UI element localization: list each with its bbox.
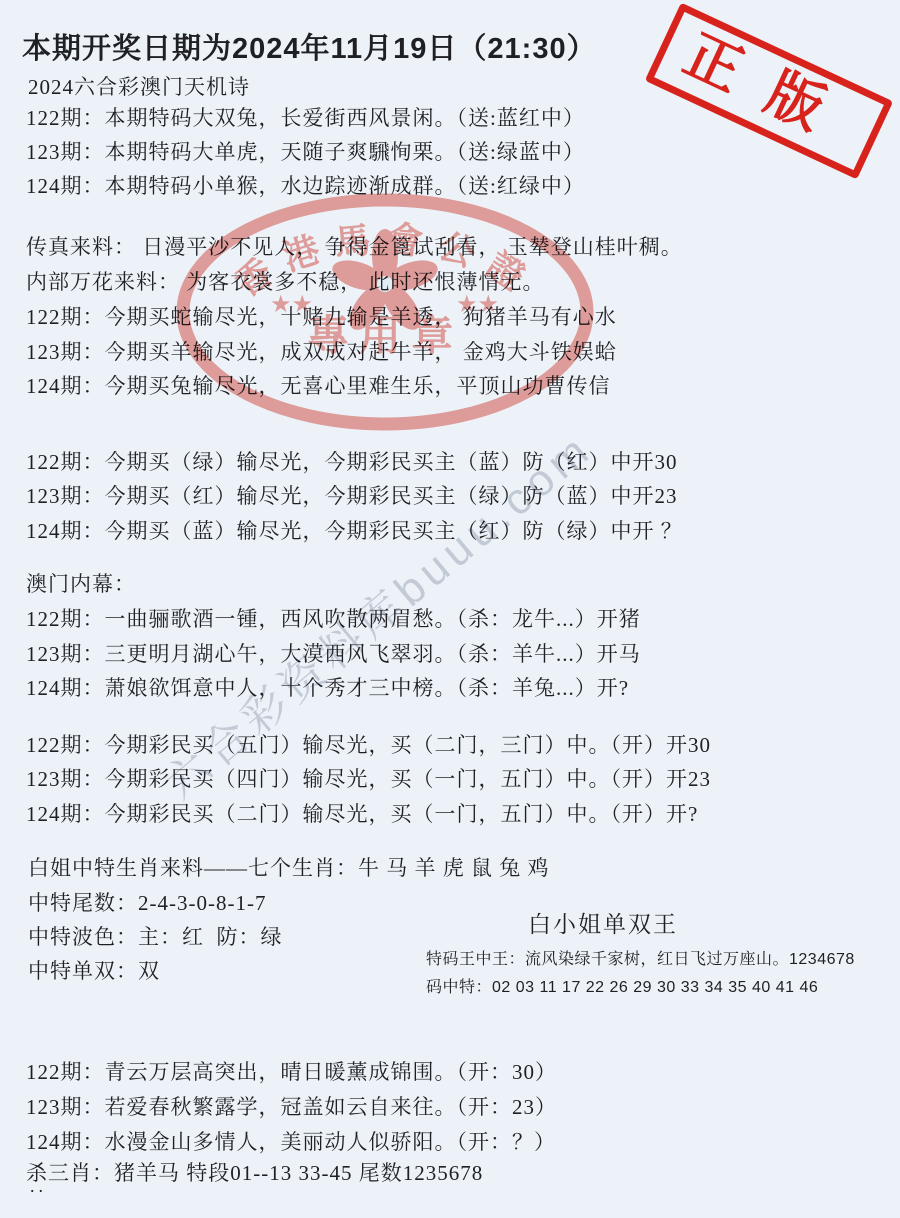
color-line: 122期：今期买（绿）输尽光，今期彩民买主（蓝）防（红）中开30 xyxy=(26,446,678,476)
poem-line: 123期：本期特码大单虎，天随子爽騛恂栗。（送:绿蓝中） xyxy=(26,136,585,166)
lottery-tip-sheet: 六合彩资料库buuu.com 本期开奖日期为2024年11月19日（21:30）… xyxy=(0,0,900,1218)
neimu-header: 澳门内幕： xyxy=(26,568,136,598)
door-line: 123期：今期彩民买（四门）输尽光，买（一门，五门）中。（开）开23 xyxy=(26,763,711,793)
odd-even-line: 中特单双：双 xyxy=(28,955,160,985)
special-king-line: 特码王中王：流风染绿千家树，红日飞过万座山。1234678 xyxy=(426,946,855,969)
wave-color-line: 中特波色：主：红 防：绿 xyxy=(28,921,283,951)
poem-line: 123期：若爱春秋繁露学，冠盖如云自来往。（开：23） xyxy=(26,1091,557,1121)
poem-line: 124期：萧娘欲饵意中人，十个秀才三中榜。（杀：羊兔...）开? xyxy=(26,672,629,702)
color-line: 124期：今期买（蓝）输尽光，今期彩民买主（红）防（绿）中开 ？ xyxy=(26,515,683,545)
fax-line: 内部万花来料： 为客衣裳多不稳， 此时还恨薄情无。 xyxy=(26,266,545,296)
poem-line: 123期：今期买羊输尽光，成双成对赶牛羊， 金鸡大斗铁娱蛤 xyxy=(26,336,617,366)
zodiac-line: 白姐中特生肖来料——七个生肖：牛 马 羊 虎 鼠 兔 鸡 xyxy=(28,852,550,882)
tianjishi-header: 2024六合彩澳门天机诗 xyxy=(28,71,250,101)
door-line: 124期：今期彩民买（二门）输尽光，买（一门，五门）中。（开）开? xyxy=(26,798,698,828)
poem-line: 122期：一曲骊歌酒一锺，西风吹散两眉愁。（杀：龙牛...）开猪 xyxy=(26,603,641,633)
poem-line: 124期：本期特码小单猴，水边踪迹渐成群。（送:红绿中） xyxy=(26,170,585,200)
kill-three-zodiac-line: 杀三肖：猪羊马 特段01--13 33-45 尾数1235678 xyxy=(26,1157,483,1187)
footer-dots: .. xyxy=(30,1176,47,1197)
poem-line: 122期：青云万层高突出，晴日暖薰成锦围。（开：30） xyxy=(26,1056,557,1086)
tail-number-line: 中特尾数：2-4-3-0-8-1-7 xyxy=(28,887,266,917)
color-line: 123期：今期买（红）输尽光，今期彩民买主（绿）防（蓝）中开23 xyxy=(26,480,678,510)
door-line: 122期：今期彩民买（五门）输尽光，买（二门，三门）中。（开）开30 xyxy=(26,729,711,759)
fax-line: 传真来料： 日漫平沙不见人， 争得金篦试刮看， 玉辇登山桂叶稠。 xyxy=(26,231,683,261)
right-box-title: 白小姐单双王 xyxy=(528,906,678,939)
genuine-stamp-label: 正版 xyxy=(676,26,863,153)
poem-line: 122期：今期买蛇输尽光，十赌九输是羊透， 狗猪羊马有心水 xyxy=(26,301,617,331)
poem-line: 124期：今期买兔输尽光，无喜心里难生乐，平顶山功曹传信 xyxy=(26,370,611,400)
poem-line: 122期：本期特码大双兔，长爱街西风景闲。（送:蓝红中） xyxy=(26,102,585,132)
special-numbers-line: 码中特：02 03 11 17 22 26 29 30 33 34 35 40 … xyxy=(426,974,818,997)
poem-line: 124期：水漫金山多情人，美丽动人似骄阳。（开：？） xyxy=(26,1126,556,1156)
page-title: 本期开奖日期为2024年11月19日（21:30） xyxy=(22,26,597,67)
poem-line: 123期：三更明月湖心午，大漠西风飞翠羽。（杀：羊牛...）开马 xyxy=(26,638,641,668)
genuine-stamp: 正版 xyxy=(645,3,893,180)
